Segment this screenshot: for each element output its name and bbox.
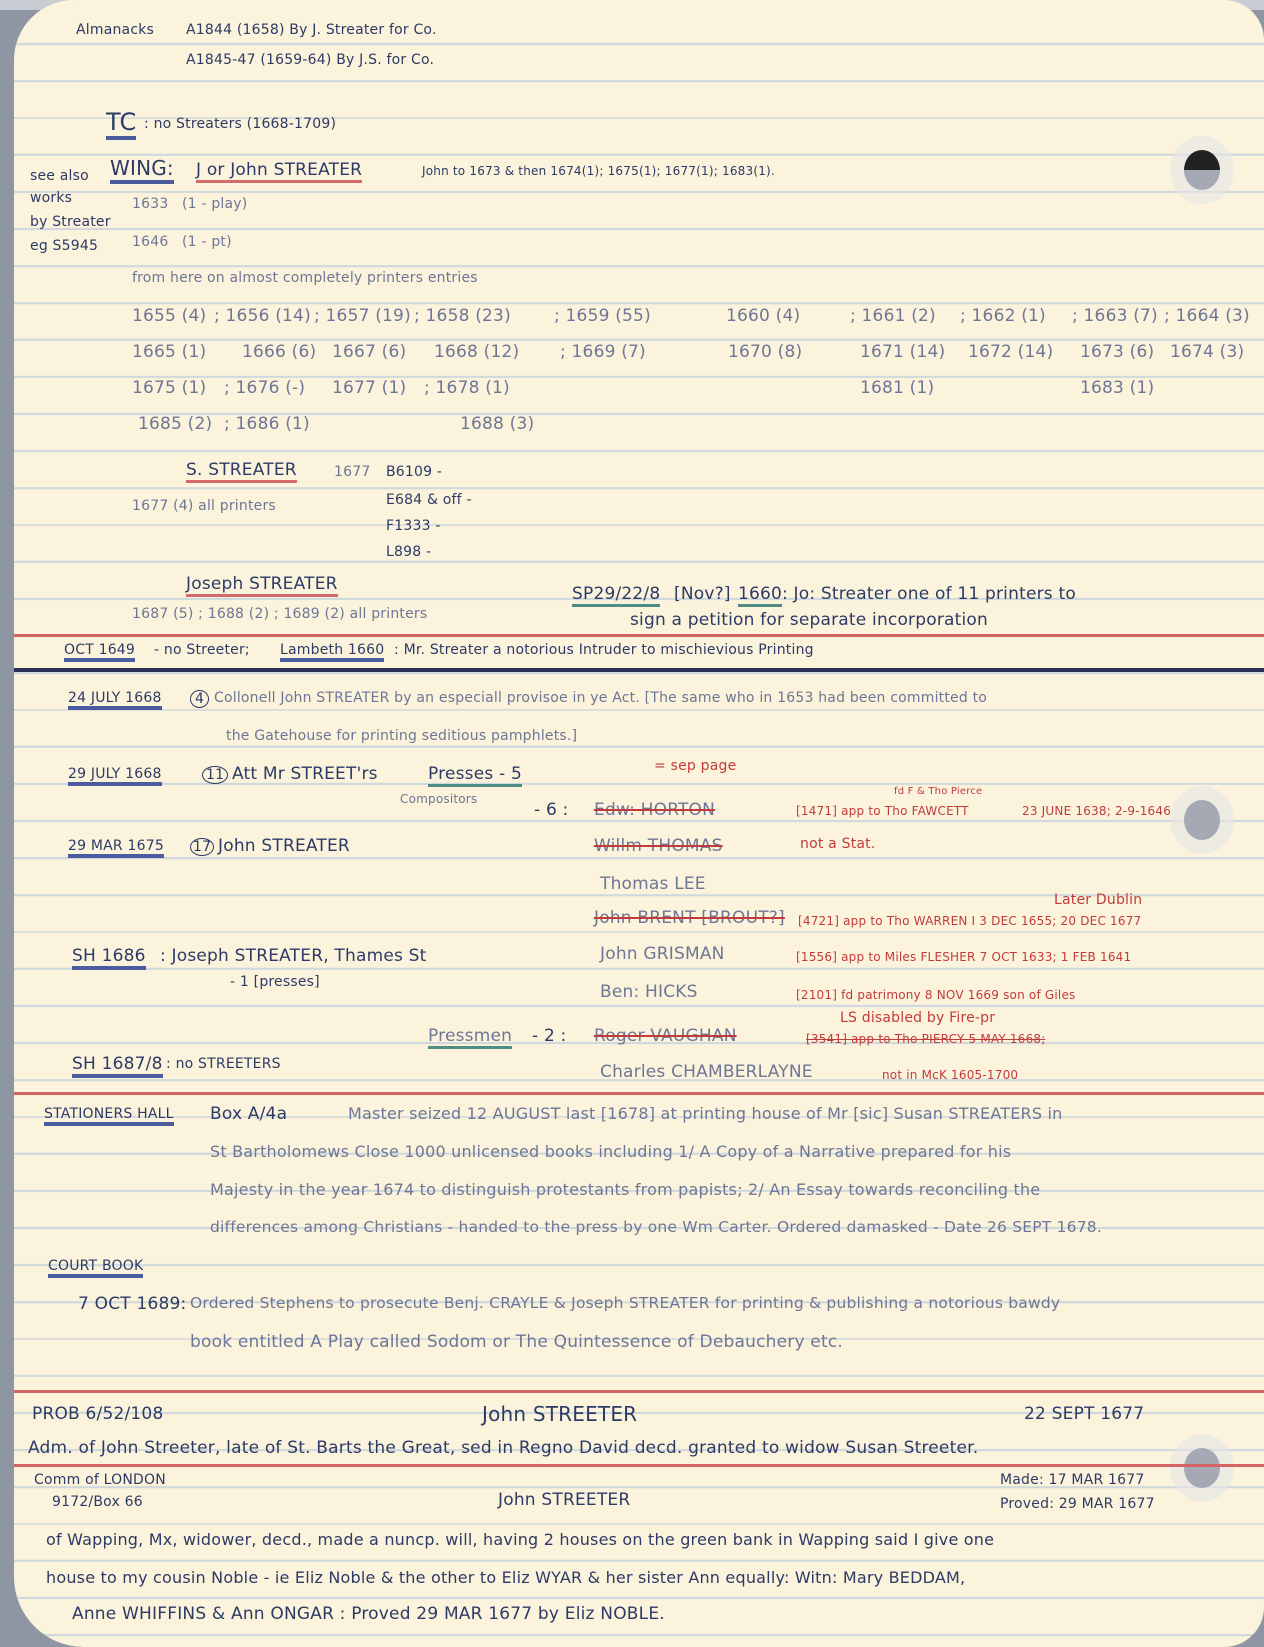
entry-num: 4	[190, 690, 209, 708]
tc-label: TC	[106, 108, 136, 140]
compositor-note: [1471] app to Tho FAWCETT	[796, 804, 969, 818]
court-book-date: 7 OCT 1689:	[78, 1294, 186, 1314]
comm-line: house to my cousin Noble - ie Eliz Noble…	[46, 1568, 965, 1587]
prob-text: Adm. of John Streeter, late of St. Barts…	[28, 1438, 978, 1458]
see-also-4: eg S5945	[30, 238, 98, 254]
sh1686-text: : Joseph STREATER, Thames St	[160, 946, 427, 966]
sh1686-presses: - 1 [presses]	[230, 974, 320, 990]
s-streater-ref-3: F1333 -	[386, 518, 441, 534]
year-entry: ; 1656 (14)	[214, 306, 311, 326]
punch-hole-icon	[1184, 1448, 1220, 1488]
divider	[14, 1092, 1264, 1095]
wing-name: J or John STREATER	[196, 160, 362, 183]
punch-hole-icon	[1184, 150, 1220, 190]
year-entry: 1683 (1)	[1080, 378, 1154, 398]
court-book-line-2: book entitled A Play called Sodom or The…	[190, 1332, 843, 1352]
comm-ref-2: 9172/Box 66	[52, 1494, 143, 1510]
see-also-2: works	[30, 190, 72, 206]
year-entry: ; 1663 (7)	[1072, 306, 1158, 326]
notebook-page: Almanacks A1844 (1658) By J. Streater fo…	[14, 0, 1264, 1647]
year-entry: ; 1664 (3)	[1164, 306, 1250, 326]
see-also-1: see also	[30, 168, 89, 184]
punch-hole-icon	[1184, 800, 1220, 840]
almanacks-line-1: A1844 (1658) By J. Streater for Co.	[186, 22, 437, 38]
divider	[14, 1390, 1264, 1393]
pressman-note: [3541] app to Tho PIERCY 5 MAY 1668;	[806, 1032, 1046, 1046]
entry-text-2: the Gatehouse for printing seditious pam…	[226, 728, 577, 744]
year-entry: ; 1676 (-)	[224, 378, 305, 398]
sp-year: 1660	[738, 584, 782, 607]
year-entry: ; 1659 (55)	[554, 306, 651, 326]
wing-note: John to 1673 & then 1674(1); 1675(1); 16…	[422, 164, 775, 178]
pressman-name: Roger VAUGHAN	[594, 1026, 737, 1046]
see-also-3: by Streater	[30, 214, 111, 230]
entry-text: Att Mr STREET'rs	[232, 764, 378, 784]
compositor-name: Willm THOMAS	[594, 836, 723, 856]
court-book-line-1: Ordered Stephens to prosecute Benj. CRAY…	[190, 1294, 1060, 1312]
prob-name: John STREETER	[482, 1402, 637, 1426]
pressman-name: Charles CHAMBERLAYNE	[600, 1062, 813, 1082]
wing-early-year-1: 1633	[132, 196, 168, 212]
lambeth-text: : Mr. Streater a notorious Intruder to m…	[394, 642, 814, 658]
compositor-note: [1556] app to Miles FLESHER 7 OCT 1633; …	[796, 950, 1131, 964]
court-book-label: COURT BOOK	[48, 1258, 143, 1278]
compositor-note: not a Stat.	[800, 836, 876, 852]
sp-bracket: [Nov?]	[674, 584, 731, 604]
stationers-line: differences among Christians - handed to…	[210, 1218, 1102, 1236]
year-entry: 1667 (6)	[332, 342, 406, 362]
wing-from-here: from here on almost completely printers …	[132, 270, 478, 286]
comm-proved: Proved: 29 MAR 1677	[1000, 1496, 1155, 1512]
s-streater-ref-2: E684 & off -	[386, 492, 472, 508]
entry-num: 17	[190, 838, 214, 856]
entry-date: 24 JULY 1668	[68, 690, 162, 710]
divider	[14, 634, 1264, 637]
entry-num: 11	[202, 766, 228, 784]
year-entry: 1660 (4)	[726, 306, 800, 326]
comm-ref-1: Comm of LONDON	[34, 1472, 166, 1488]
year-entry: ; 1669 (7)	[560, 342, 646, 362]
s-streater-ref-1: B6109 -	[386, 464, 442, 480]
entry-date: 29 JULY 1668	[68, 766, 162, 786]
year-entry: ; 1661 (2)	[850, 306, 936, 326]
oct1649-text: - no Streeter;	[154, 642, 250, 658]
year-entry: ; 1662 (1)	[960, 306, 1046, 326]
joseph-streater-name: Joseph STREATER	[186, 574, 338, 597]
lambeth-ref: Lambeth 1660	[280, 642, 384, 662]
compositor-name: Ben: HICKS	[600, 982, 698, 1002]
entry-text: John STREATER	[218, 836, 350, 856]
compositor-above: Later Dublin	[1054, 892, 1142, 908]
year-entry: 1673 (6)	[1080, 342, 1154, 362]
year-entry: 1677 (1)	[332, 378, 406, 398]
compositor-note: [4721] app to Tho WARREN I 3 DEC 1655; 2…	[798, 914, 1141, 928]
sp-ref: SP29/22/8	[572, 584, 660, 607]
s-streater-ref-4: L898 -	[386, 544, 431, 560]
stationers-label: STATIONERS HALL	[44, 1106, 174, 1126]
wing-early-count-2: (1 - pt)	[182, 234, 232, 250]
sh1686-ref: SH 1686	[72, 946, 146, 970]
year-entry: 1675 (1)	[132, 378, 206, 398]
comm-name: John STREETER	[498, 1490, 630, 1510]
comm-line: of Wapping, Mx, widower, decd., made a n…	[46, 1530, 994, 1549]
prob-ref: PROB 6/52/108	[32, 1404, 163, 1424]
pressmen-label: Pressmen	[428, 1026, 512, 1049]
compositor-dates: 23 JUNE 1638; 2-9-1646	[1022, 804, 1171, 818]
year-entry: 1665 (1)	[132, 342, 206, 362]
stationers-line: St Bartholomews Close 1000 unlicensed bo…	[210, 1142, 1011, 1161]
sh1687-text: : no STREETERS	[166, 1056, 281, 1072]
year-entry: 1674 (3)	[1170, 342, 1244, 362]
s-streater-name: S. STREATER	[186, 460, 297, 483]
entry-date: 29 MAR 1675	[68, 838, 164, 858]
comm-made: Made: 17 MAR 1677	[1000, 1472, 1144, 1488]
year-entry: ; 1686 (1)	[224, 414, 310, 434]
stationers-line: Master seized 12 AUGUST last [1678] at p…	[348, 1104, 1063, 1123]
entry-text: Collonell John STREATER by an especiall …	[214, 690, 987, 706]
joseph-streater-counts: 1687 (5) ; 1688 (2) ; 1689 (2) all print…	[132, 606, 427, 622]
year-entry: 1671 (14)	[860, 342, 945, 362]
almanacks-label: Almanacks	[76, 22, 154, 38]
year-entry: 1670 (8)	[728, 342, 802, 362]
sp-text-2: sign a petition for separate incorporati…	[630, 610, 988, 630]
year-entry: 1666 (6)	[242, 342, 316, 362]
pressmen-count: - 2 :	[532, 1026, 567, 1046]
compositors-count: - 6 :	[534, 800, 569, 820]
divider	[14, 1464, 1264, 1467]
divider	[14, 668, 1264, 672]
prob-date: 22 SEPT 1677	[1024, 1404, 1144, 1424]
presses-label: Presses - 5	[428, 764, 522, 787]
comm-line: Anne WHIFFINS & Ann ONGAR : Proved 29 MA…	[72, 1604, 665, 1624]
stationers-box: Box A/4a	[210, 1104, 287, 1124]
year-entry: 1685 (2)	[138, 414, 212, 434]
wing-early-count-1: (1 - play)	[182, 196, 247, 212]
year-entry: ; 1678 (1)	[424, 378, 510, 398]
year-entry: ; 1657 (19)	[314, 306, 411, 326]
year-entry: 1672 (14)	[968, 342, 1053, 362]
almanacks-line-2: A1845-47 (1659-64) By J.S. for Co.	[186, 52, 434, 68]
sh1687-ref: SH 1687/8	[72, 1054, 163, 1078]
year-entry: 1688 (3)	[460, 414, 534, 434]
wing-early-year-2: 1646	[132, 234, 168, 250]
year-entry: 1655 (4)	[132, 306, 206, 326]
pressman-above: LS disabled by Fire-pr	[840, 1010, 995, 1026]
oct1649-ref: OCT 1649	[64, 642, 135, 662]
s-streater-year: 1677	[334, 464, 370, 480]
s-streater-count: 1677 (4) all printers	[132, 498, 276, 514]
pressman-note: not in McK 1605-1700	[882, 1068, 1018, 1082]
compositor-name: John BRENT [BROUT?]	[594, 908, 785, 928]
compositor-above: fd F & Tho Pierce	[894, 786, 982, 797]
tc-text: : no Streaters (1668-1709)	[144, 116, 336, 132]
wing-label: WING:	[110, 156, 174, 184]
compositor-name: Thomas LEE	[600, 874, 706, 894]
sep-page-note: = sep page	[654, 758, 736, 774]
compositor-name: Edw: HORTON	[594, 800, 715, 820]
compositor-name: John GRISMAN	[600, 944, 725, 964]
compositor-note: [2101] fd patrimony 8 NOV 1669 son of Gi…	[796, 988, 1076, 1002]
year-entry: 1681 (1)	[860, 378, 934, 398]
compositors-label: Compositors	[400, 792, 477, 806]
year-entry: 1668 (12)	[434, 342, 519, 362]
sp-text-1: : Jo: Streater one of 11 printers to	[782, 584, 1076, 604]
stationers-line: Majesty in the year 1674 to distinguish …	[210, 1180, 1040, 1199]
year-entry: ; 1658 (23)	[414, 306, 511, 326]
